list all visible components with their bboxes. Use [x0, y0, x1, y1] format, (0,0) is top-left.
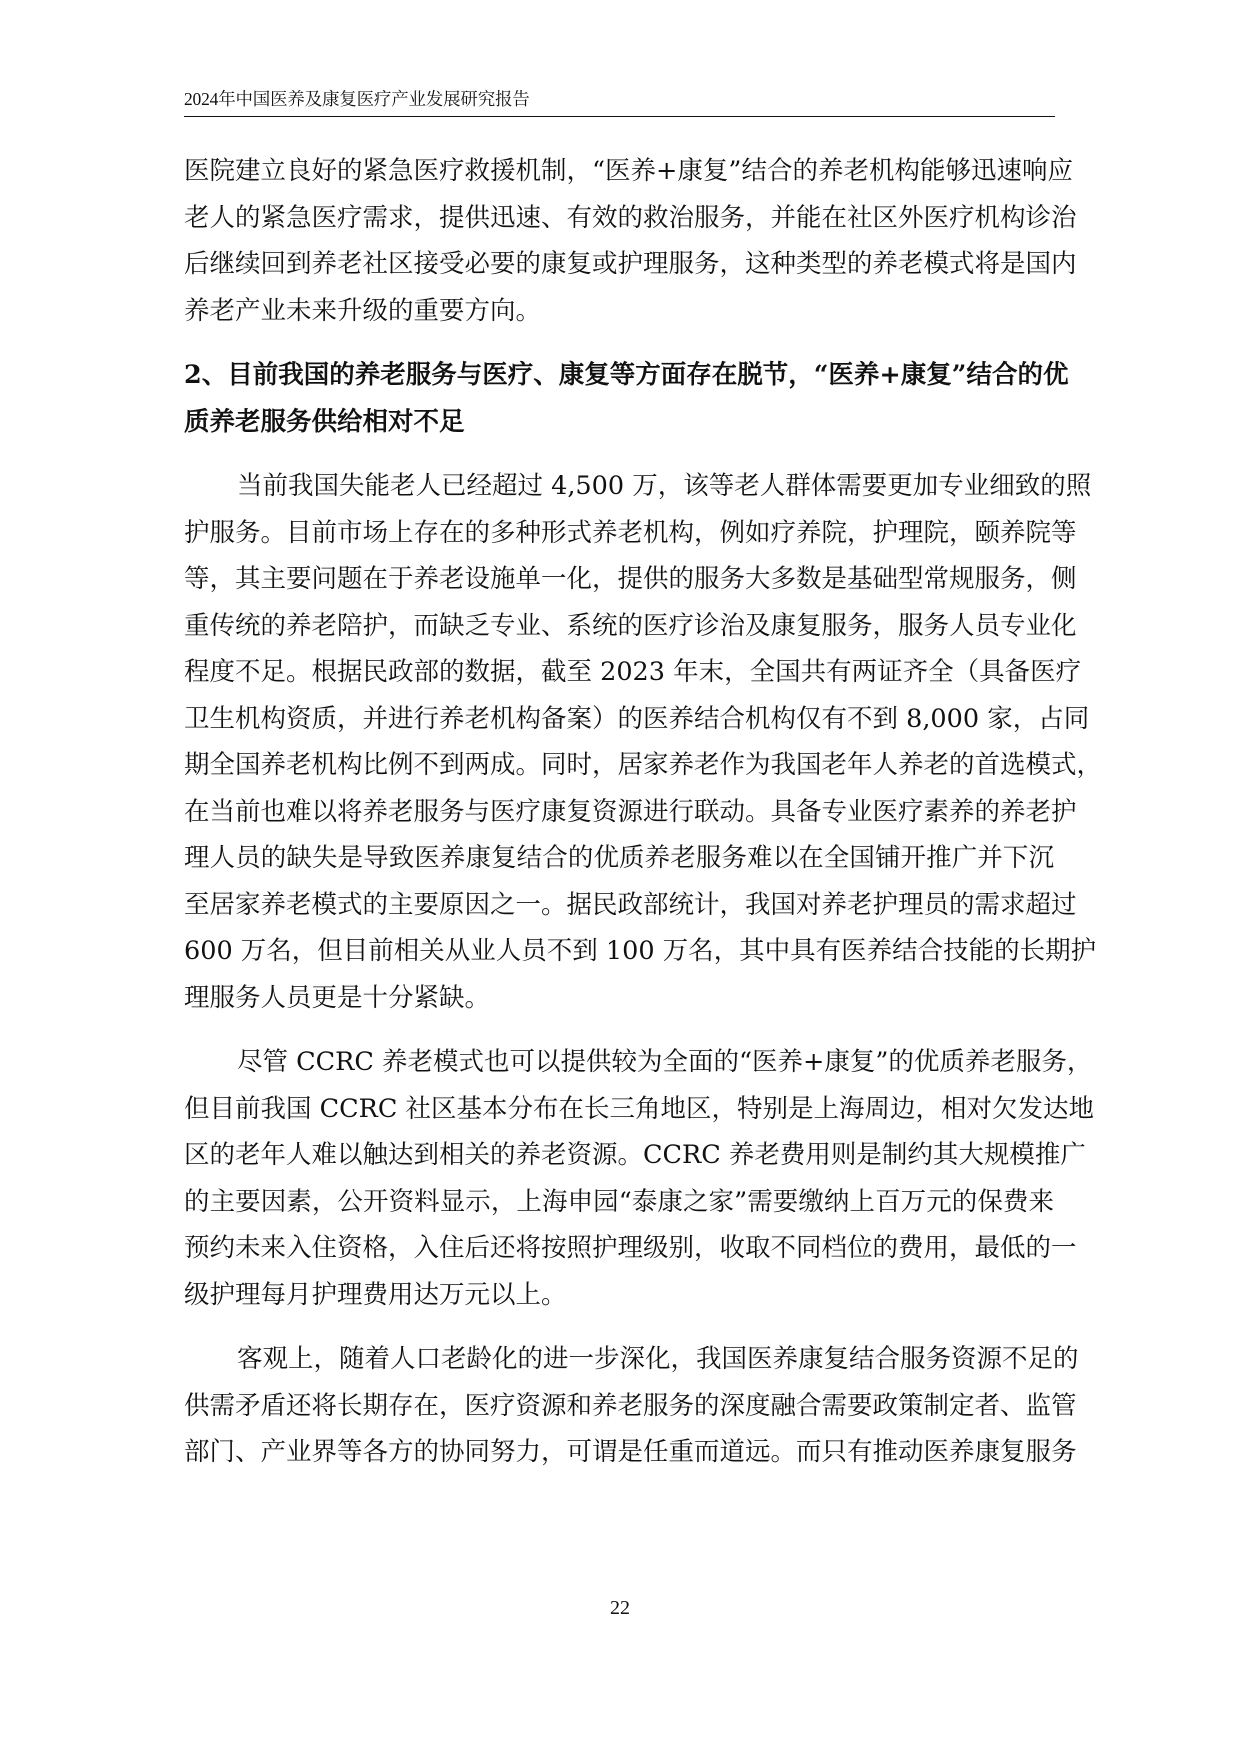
text-line: 当前我国失能老人已经超过 4,500 万，该等老人群体需要更加专业细致的照	[184, 463, 1054, 510]
text-line: 护服务。目前市场上存在的多种形式养老机构，例如疗养院，护理院，颐养院等	[184, 510, 1054, 557]
text-line: 等，其主要问题在于养老设施单一化，提供的服务大多数是基础型常规服务，侧	[184, 556, 1054, 603]
text-line: 预约未来入住资格，入住后还将按照护理级别，收取不同档位的费用，最低的一	[184, 1225, 1054, 1272]
paragraph-emergency-care: 医院建立良好的紧急医疗救援机制，“医养+康复”结合的养老机构能够迅速响应 老人的…	[184, 148, 1054, 334]
heading-line: 质养老服务供给相对不足	[184, 399, 1054, 446]
text-line: 级护理每月护理费用达万元以上。	[184, 1272, 1054, 1319]
text-line: 医院建立良好的紧急医疗救援机制，“医养+康复”结合的养老机构能够迅速响应	[184, 148, 1054, 195]
paragraph-disabled-elderly: 当前我国失能老人已经超过 4,500 万，该等老人群体需要更加专业细致的照 护服…	[184, 463, 1054, 1021]
text-line: 养老产业未来升级的重要方向。	[184, 288, 1054, 335]
text-line: 供需矛盾还将长期存在，医疗资源和养老服务的深度融合需要政策制定者、监管	[184, 1383, 1054, 1430]
text-line: 600 万名，但目前相关从业人员不到 100 万名，其中具有医养结合技能的长期护	[184, 928, 1054, 975]
text-line: 期全国养老机构比例不到两成。同时，居家养老作为我国老年人养老的首选模式，	[184, 742, 1054, 789]
report-title: 2024年中国医养及康复医疗产业发展研究报告	[184, 86, 530, 111]
page-header: 2024年中国医养及康复医疗产业发展研究报告	[184, 86, 1055, 117]
text-line: 理人员的缺失是导致医养康复结合的优质养老服务难以在全国铺开推广并下沉	[184, 835, 1054, 882]
text-line: 至居家养老模式的主要原因之一。据民政部统计，我国对养老护理员的需求超过	[184, 882, 1054, 929]
text-line: 尽管 CCRC 养老模式也可以提供较为全面的“医养+康复”的优质养老服务，	[184, 1039, 1054, 1086]
paragraph-objective-outlook: 客观上，随着人口老龄化的进一步深化，我国医养康复结合服务资源不足的 供需矛盾还将…	[184, 1336, 1054, 1476]
text-line: 的主要因素，公开资料显示，上海申园“泰康之家”需要缴纳上百万元的保费来	[184, 1179, 1054, 1226]
page-number: 22	[0, 1597, 1240, 1620]
text-line: 重传统的养老陪护，而缺乏专业、系统的医疗诊治及康复服务，服务人员专业化	[184, 603, 1054, 650]
paragraph-ccrc: 尽管 CCRC 养老模式也可以提供较为全面的“医养+康复”的优质养老服务， 但目…	[184, 1039, 1054, 1318]
text-line: 理服务人员更是十分紧缺。	[184, 975, 1054, 1022]
text-line: 部门、产业界等各方的协同努力，可谓是任重而道远。而只有推动医养康复服务	[184, 1429, 1054, 1476]
text-line: 程度不足。根据民政部的数据，截至 2023 年末，全国共有两证齐全（具备医疗	[184, 649, 1054, 696]
text-line: 卫生机构资质，并进行养老机构备案）的医养结合机构仅有不到 8,000 家，占同	[184, 696, 1054, 743]
section-heading-2: 2、目前我国的养老服务与医疗、康复等方面存在脱节，“医养+康复”结合的优 质养老…	[184, 352, 1054, 445]
text-line: 老人的紧急医疗需求，提供迅速、有效的救治服务，并能在社区外医疗机构诊治	[184, 195, 1054, 242]
text-line: 在当前也难以将养老服务与医疗康复资源进行联动。具备专业医疗素养的养老护	[184, 789, 1054, 836]
text-line: 区的老年人难以触达到相关的养老资源。CCRC 养老费用则是制约其大规模推广	[184, 1132, 1054, 1179]
page-content: 医院建立良好的紧急医疗救援机制，“医养+康复”结合的养老机构能够迅速响应 老人的…	[184, 148, 1054, 1476]
heading-line: 2、目前我国的养老服务与医疗、康复等方面存在脱节，“医养+康复”结合的优	[184, 352, 1054, 399]
text-line: 但目前我国 CCRC 社区基本分布在长三角地区，特别是上海周边，相对欠发达地	[184, 1086, 1054, 1133]
text-line: 后继续回到养老社区接受必要的康复或护理服务，这种类型的养老模式将是国内	[184, 241, 1054, 288]
text-line: 客观上，随着人口老龄化的进一步深化，我国医养康复结合服务资源不足的	[184, 1336, 1054, 1383]
